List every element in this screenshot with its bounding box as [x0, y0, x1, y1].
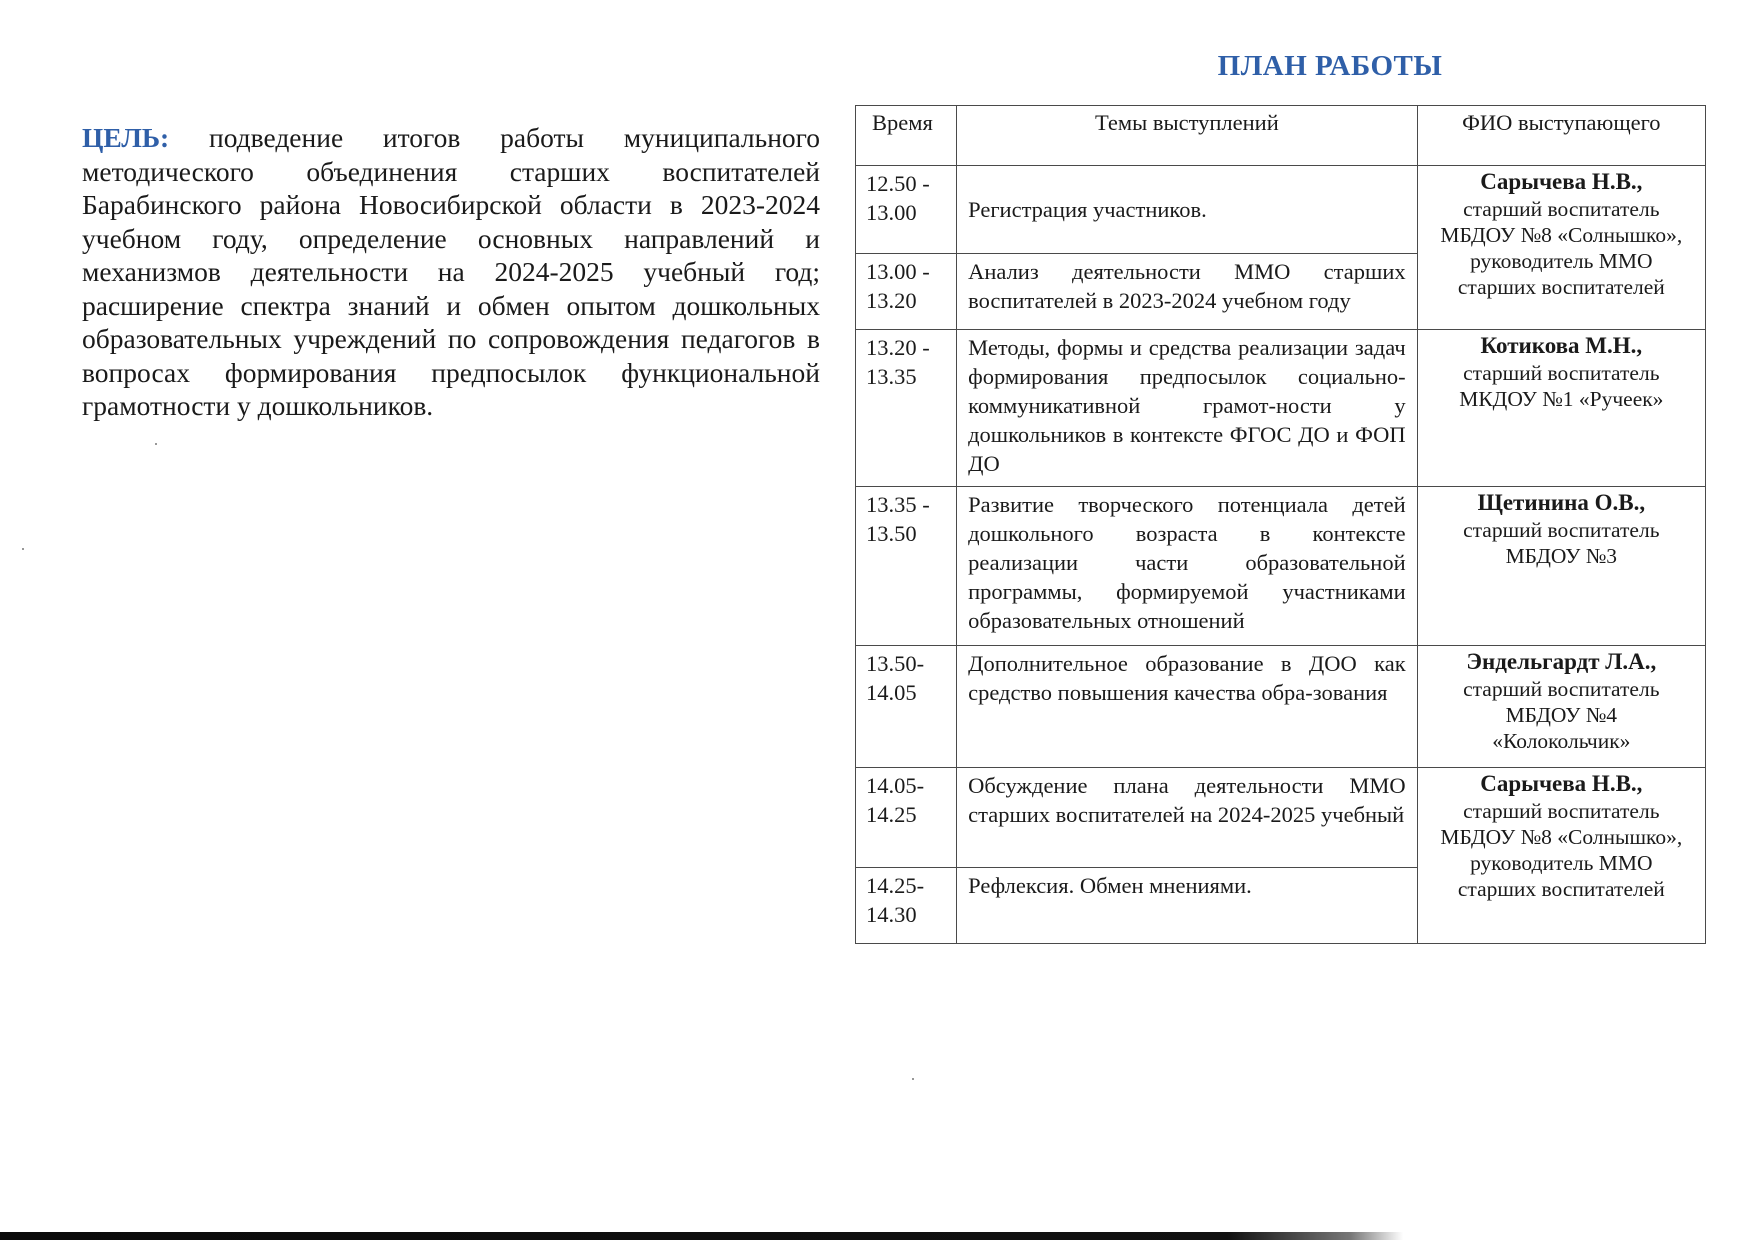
scan-speck	[155, 443, 157, 445]
table-row: 12.50 - 13.00 Регистрация участников. Са…	[856, 166, 1706, 254]
goal-text: подведение итогов работы муниципального …	[82, 122, 820, 421]
plan-title: ПЛАН РАБОТЫ	[1130, 50, 1530, 83]
row-topic: Развитие творческого потенциала детей до…	[957, 487, 1418, 646]
header-speaker: ФИО выступающего	[1417, 106, 1705, 166]
scan-speck	[22, 548, 24, 550]
speaker-role: руководитель ММО	[1422, 248, 1701, 274]
table-header-row: Время Темы выступлений ФИО выступающего	[856, 106, 1706, 166]
speaker-role: старших воспитателей	[1422, 274, 1701, 300]
goal-paragraph: ЦЕЛЬ: подведение итогов работы муниципал…	[82, 121, 820, 423]
speaker-name: Эндельгардт Л.А.,	[1422, 647, 1701, 676]
table-row: 13.50- 14.05 Дополнительное образование …	[856, 646, 1706, 768]
speaker-role: старший воспитатель	[1422, 798, 1701, 824]
row-speaker: Сарычева Н.В., старший воспитатель МБДОУ…	[1417, 166, 1705, 330]
row-time: 13.35 - 13.50	[856, 487, 957, 646]
row-speaker: Котикова М.Н., старший воспитатель МКДОУ…	[1417, 330, 1705, 487]
speaker-role: «Колокольчик»	[1422, 728, 1701, 754]
speaker-name: Сарычева Н.В.,	[1422, 167, 1701, 196]
row-time: 13.20 - 13.35	[856, 330, 957, 487]
speaker-name: Сарычева Н.В.,	[1422, 769, 1701, 798]
table-row: 13.20 - 13.35 Методы, формы и средства р…	[856, 330, 1706, 487]
row-topic: Анализ деятельности ММО старших воспитат…	[957, 254, 1418, 330]
row-time: 14.25- 14.30	[856, 868, 957, 944]
row-time: 13.50- 14.05	[856, 646, 957, 768]
plan-table: Время Темы выступлений ФИО выступающего …	[855, 105, 1706, 944]
speaker-role: МКДОУ №1 «Ручеек»	[1422, 386, 1701, 412]
row-topic: Обсуждение плана деятельности ММО старши…	[957, 768, 1418, 868]
speaker-role: руководитель ММО	[1422, 850, 1701, 876]
speaker-role: старших воспитателей	[1422, 876, 1701, 902]
speaker-role: МБДОУ №8 «Солнышко»,	[1422, 824, 1701, 850]
table-row: 13.35 - 13.50 Развитие творческого потен…	[856, 487, 1706, 646]
table-row: 14.05- 14.25 Обсуждение плана деятельнос…	[856, 768, 1706, 868]
scan-edge	[0, 1232, 1754, 1240]
speaker-role: МБДОУ №3	[1422, 543, 1701, 569]
row-topic: Рефлексия. Обмен мнениями.	[957, 868, 1418, 944]
header-time: Время	[856, 106, 957, 166]
row-topic: Методы, формы и средства реализации зада…	[957, 330, 1418, 487]
row-time: 12.50 - 13.00	[856, 166, 957, 254]
speaker-name: Щетинина О.В.,	[1422, 488, 1701, 517]
goal-label: ЦЕЛЬ:	[82, 122, 169, 153]
speaker-role: старший воспитатель	[1422, 360, 1701, 386]
row-time: 13.00 - 13.20	[856, 254, 957, 330]
row-topic: Регистрация участников.	[957, 166, 1418, 254]
speaker-role: МБДОУ №8 «Солнышко»,	[1422, 222, 1701, 248]
header-topic: Темы выступлений	[957, 106, 1418, 166]
speaker-role: старший воспитатель	[1422, 196, 1701, 222]
speaker-role: старший воспитатель	[1422, 676, 1701, 702]
row-speaker: Щетинина О.В., старший воспитатель МБДОУ…	[1417, 487, 1705, 646]
row-speaker: Эндельгардт Л.А., старший воспитатель МБ…	[1417, 646, 1705, 768]
speaker-role: старший воспитатель	[1422, 517, 1701, 543]
speaker-role: МБДОУ №4	[1422, 702, 1701, 728]
speaker-name: Котикова М.Н.,	[1422, 331, 1701, 360]
scan-speck	[912, 1078, 914, 1080]
row-speaker: Сарычева Н.В., старший воспитатель МБДОУ…	[1417, 768, 1705, 944]
row-time: 14.05- 14.25	[856, 768, 957, 868]
row-topic: Дополнительное образование в ДОО как сре…	[957, 646, 1418, 768]
